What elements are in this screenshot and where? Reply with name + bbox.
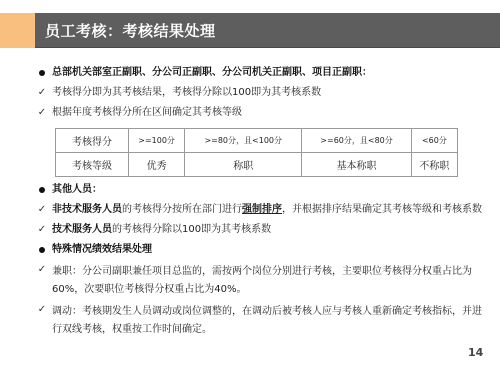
check-icon: ✓ (36, 303, 48, 317)
list-item: ✓ 兼职：分公司副职兼任项目总监的，需按两个岗位分别进行考核，主要职位考核得分权… (36, 263, 486, 299)
section-heading-text: 其他人员： (52, 184, 102, 195)
list-item: ✓ 非技术服务人员的考核得分按所在部门进行强制排序，并根据排序结果确定其考核等级… (36, 203, 482, 217)
list-item: ✓ 考核得分即为其考核结果，考核得分除以100即为其考核系数 (36, 86, 321, 100)
table-cell: 基本称职 (302, 153, 412, 177)
list-item: ✓ 技术服务人员的考核得分除以100即为其考核系数 (36, 223, 271, 237)
section-heading-managers: 总部机关部室正副职、分公司正副职、分公司机关正副职、项目正副职： (36, 66, 372, 80)
table-row-label: 考核等级 (56, 153, 129, 177)
table-cell: >=80分，且<100分 (185, 129, 302, 153)
check-icon: ✓ (36, 223, 48, 237)
section-heading-text: 总部机关部室正副职、分公司正副职、分公司机关正副职、项目正副职： (52, 67, 372, 78)
list-item: ✓ 调动：考核期发生人员调动或岗位调整的，在调动后被考核人应与考核人重新确定考核… (36, 303, 486, 339)
list-item-text: 根据年度考核得分所在区间确定其考核等级 (52, 107, 242, 118)
emphasis-text: 非技术服务人员 (52, 204, 122, 215)
list-item: ✓ 根据年度考核得分所在区间确定其考核等级 (36, 106, 242, 120)
section-heading-text: 特殊情况绩效结果处理 (52, 244, 152, 255)
bullet-icon (36, 243, 48, 258)
list-item-text: 兼职：分公司副职兼任项目总监的，需按两个岗位分别进行考核，主要职位考核得分权重占… (52, 266, 472, 295)
check-icon: ✓ (36, 106, 48, 120)
table-row: 考核等级 优秀 称职 基本称职 不称职 (56, 153, 458, 177)
page-number: 14 (468, 346, 483, 359)
grade-table: 考核得分 >=100分 >=80分，且<100分 >=60分，且<80分 <60… (55, 128, 458, 177)
list-item-text: 的考核得分按所在部门进行 (122, 204, 242, 215)
header-accent-block (0, 13, 35, 48)
list-item-text: ，并根据排序结果确定其考核等级和考核系数 (282, 204, 482, 215)
check-icon: ✓ (36, 263, 48, 277)
bullet-icon (36, 66, 48, 81)
table-cell: >=60分，且<80分 (302, 129, 412, 153)
header-bar: 员工考核：考核结果处理 (35, 13, 500, 48)
table-cell: >=100分 (129, 129, 185, 153)
check-icon: ✓ (36, 86, 48, 100)
table-cell: <60分 (411, 129, 457, 153)
list-item-text: 的考核得分除以100即为其考核系数 (112, 224, 271, 235)
page-title: 员工考核：考核结果处理 (45, 20, 216, 41)
check-icon: ✓ (36, 203, 48, 217)
bullet-icon (36, 183, 48, 198)
table-cell: 不称职 (411, 153, 457, 177)
table-cell: 优秀 (129, 153, 185, 177)
table-row: 考核得分 >=100分 >=80分，且<100分 >=60分，且<80分 <60… (56, 129, 458, 153)
underlined-emphasis: 强制排序 (242, 204, 282, 215)
list-item-text: 调动：考核期发生人员调动或岗位调整的，在调动后被考核人应与考核人重新确定考核指标… (52, 306, 482, 335)
list-item-text: 考核得分即为其考核结果，考核得分除以100即为其考核系数 (52, 87, 321, 98)
section-heading-special: 特殊情况绩效结果处理 (36, 243, 152, 257)
header-band: 员工考核：考核结果处理 (0, 13, 500, 48)
section-heading-others: 其他人员： (36, 183, 102, 197)
table-cell: 称职 (185, 153, 302, 177)
table-row-label: 考核得分 (56, 129, 129, 153)
emphasis-text: 技术服务人员 (52, 224, 112, 235)
